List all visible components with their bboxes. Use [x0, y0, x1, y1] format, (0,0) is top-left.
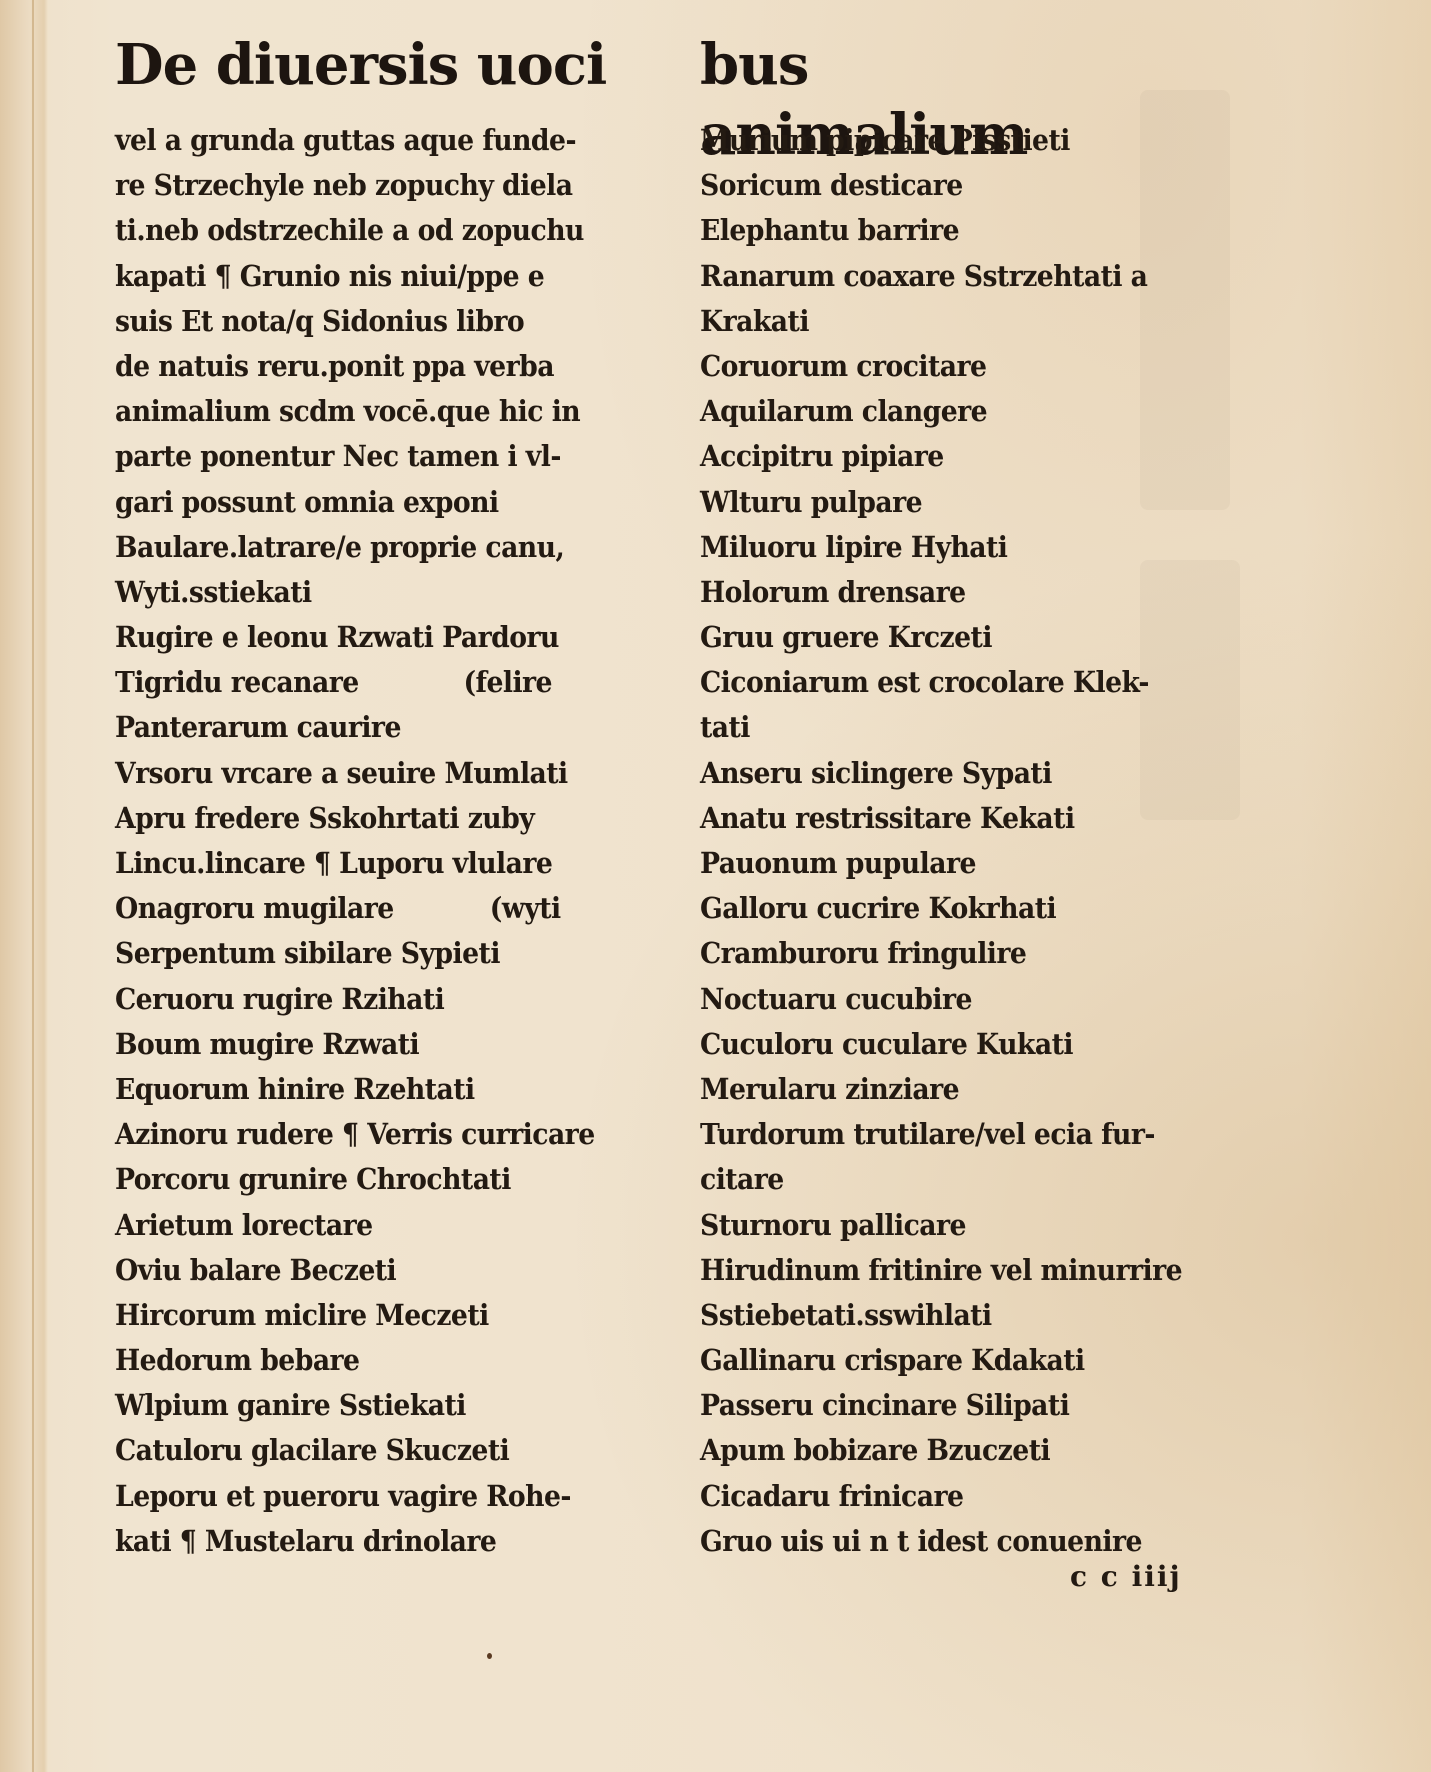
- text-line: Galloru cucrire Kokrhati: [700, 886, 1215, 931]
- text-line: Vrsoru vrcare a seuire Mumlati: [115, 751, 621, 796]
- text-line: Gruo uis ui n t idest conuenire: [700, 1519, 1215, 1564]
- text-line: Cuculoru cuculare Kukati: [700, 1022, 1215, 1067]
- text-line: Serpentum sibilare Sypieti: [115, 931, 621, 976]
- text-line: Ceruoru rugire Rzihati: [115, 977, 621, 1022]
- text-line: Onagroru mugilare (wyti: [115, 886, 621, 931]
- text-line: vel a grunda guttas aque funde-: [115, 118, 621, 163]
- text-line: Hirudinum fritinire vel minurrire: [700, 1248, 1215, 1293]
- text-line: Murium pipicare Pisstieti: [700, 118, 1215, 163]
- text-line: Miluoru lipire Hyhati: [700, 525, 1215, 570]
- text-line: Ciconiarum est crocolare Klek-: [700, 660, 1215, 705]
- text-line: gari possunt omnia exponi: [115, 480, 621, 525]
- text-line: suis Et nota/q Sidonius libro: [115, 299, 621, 344]
- text-line: Anseru siclingere Sypati: [700, 751, 1215, 796]
- text-line: Cramburoru fringulire: [700, 931, 1215, 976]
- text-line: ti.neb odstrzechile a od zopuchu: [115, 208, 621, 253]
- text-line: Gallinaru crispare Kdakati: [700, 1338, 1215, 1383]
- binding-gutter: [0, 0, 48, 1772]
- text-line: Turdorum trutilare/vel ecia fur-: [700, 1112, 1215, 1157]
- text-line: Hircorum miclire Meczeti: [115, 1293, 621, 1338]
- text-line: re Strzechyle neb zopuchy diela: [115, 163, 621, 208]
- text-line: kapati ¶ Grunio nis niui/ppe e: [115, 254, 621, 299]
- text-line: Aquilarum clangere: [700, 389, 1215, 434]
- text-line: Oviu balare Beczeti: [115, 1248, 621, 1293]
- text-line: Cicadaru frinicare: [700, 1474, 1215, 1519]
- text-line: Ranarum coaxare Sstrzehtati a: [700, 254, 1215, 299]
- text-line: Wyti.sstiekati: [115, 570, 621, 615]
- book-page: De diuersis uoci bus animalium vel a gru…: [0, 0, 1431, 1772]
- text-line: Elephantu barrire: [700, 208, 1215, 253]
- text-line: Catuloru glacilare Skuczeti: [115, 1428, 621, 1473]
- text-line: de natuis reru.ponit ppa verba: [115, 344, 621, 389]
- text-line: Soricum desticare: [700, 163, 1215, 208]
- text-line: Baulare.latrare/e proprie canu,: [115, 525, 621, 570]
- text-line: Azinoru rudere ¶ Verris curricare: [115, 1112, 621, 1157]
- signature-mark: c c iiij: [1070, 1560, 1182, 1593]
- text-line: Panterarum caurire: [115, 705, 621, 750]
- text-line: Sstiebetati.sswihlati: [700, 1293, 1215, 1338]
- ink-speck: [487, 1653, 492, 1659]
- text-line: Apru fredere Sskohrtati zuby: [115, 796, 621, 841]
- text-line: Passeru cincinare Silipati: [700, 1383, 1215, 1428]
- text-line: Merularu zinziare: [700, 1067, 1215, 1112]
- text-line: Wlpium ganire Sstiekati: [115, 1383, 621, 1428]
- text-line: Tigridu recanare (felire: [115, 660, 621, 705]
- text-line: Sturnoru pallicare: [700, 1203, 1215, 1248]
- text-line: Coruorum crocitare: [700, 344, 1215, 389]
- left-text-column: vel a grunda guttas aque funde- re Strze…: [115, 118, 665, 1564]
- text-line: citare: [700, 1157, 1215, 1202]
- text-line: Noctuaru cucubire: [700, 977, 1215, 1022]
- text-line: Apum bobizare Bzuczeti: [700, 1428, 1215, 1473]
- text-line: tati: [700, 705, 1215, 750]
- text-line: Wlturu pulpare: [700, 480, 1215, 525]
- text-line: parte ponentur Nec tamen i vl-: [115, 434, 621, 479]
- text-line: Pauonum pupulare: [700, 841, 1215, 886]
- text-line: Accipitru pipiare: [700, 434, 1215, 479]
- text-line: Leporu et pueroru vagire Rohe-: [115, 1474, 621, 1519]
- text-line: Holorum drensare: [700, 570, 1215, 615]
- text-line: Equorum hinire Rzehtati: [115, 1067, 621, 1112]
- page-heading: De diuersis uoci bus animalium: [115, 30, 1135, 100]
- text-line: Boum mugire Rzwati: [115, 1022, 621, 1067]
- right-text-column: Murium pipicare Pisstieti Soricum destic…: [700, 118, 1260, 1564]
- heading-left-part: De diuersis uoci: [115, 30, 606, 100]
- text-line: Hedorum bebare: [115, 1338, 621, 1383]
- text-line: kati ¶ Mustelaru drinolare: [115, 1519, 621, 1564]
- text-line: Rugire e leonu Rzwati Pardoru: [115, 615, 621, 660]
- text-line: Krakati: [700, 299, 1215, 344]
- text-line: Arietum lorectare: [115, 1203, 621, 1248]
- text-line: Gruu gruere Krczeti: [700, 615, 1215, 660]
- text-line: Porcoru grunire Chrochtati: [115, 1157, 621, 1202]
- text-line: Lincu.lincare ¶ Luporu vlulare: [115, 841, 621, 886]
- text-line: animalium scdm vocē.que hic in: [115, 389, 621, 434]
- text-line: Anatu restrissitare Kekati: [700, 796, 1215, 841]
- gutter-fold-line: [32, 0, 34, 1772]
